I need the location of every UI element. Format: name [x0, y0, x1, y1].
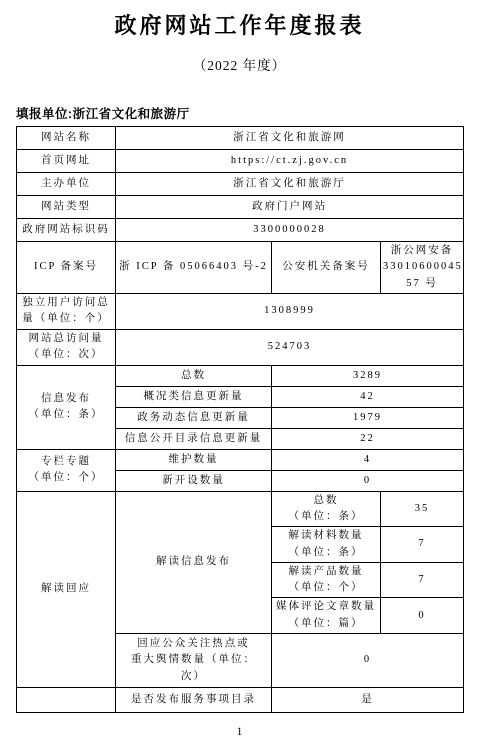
icp-record-label: ICP 备案号	[17, 242, 116, 294]
annual-report-table: 网站名称 浙江省文化和旅游网 首页网址 https://ct.zj.gov.cn…	[16, 126, 464, 713]
page-subtitle: （2022 年度）	[0, 57, 479, 75]
table-row: ICP 备案号 浙 ICP 备 05066403 号-2 公安机关备案号 浙公网…	[17, 242, 464, 294]
report-page: 政府网站工作年度报表 （2022 年度） 填报单位:浙江省文化和旅游厅 网站名称…	[0, 0, 479, 745]
directory-update-value: 22	[272, 428, 464, 449]
page-number: 1	[0, 726, 479, 738]
directory-update-label: 信息公开目录信息更新量	[116, 428, 272, 449]
site-id-code-label: 政府网站标识码	[17, 219, 116, 242]
table-row: 首页网址 https://ct.zj.gov.cn	[17, 150, 464, 173]
table-row: 独立用户访问总 量（单位：个） 1308999	[17, 293, 464, 329]
gov-news-update-label: 政务动态信息更新量	[116, 407, 272, 428]
site-name-label: 网站名称	[17, 127, 116, 150]
interpretation-materials-value: 7	[381, 527, 464, 563]
table-row: 解读回应 解读信息发布 总数 （单位：条） 35	[17, 491, 464, 527]
media-comment-label: 媒体评论文章数量 （单位：篇）	[272, 598, 381, 634]
table-row: 专栏专题 （单位：个） 维护数量 4	[17, 449, 464, 470]
new-count-value: 0	[272, 470, 464, 491]
interpretation-total-label: 总数 （单位：条）	[272, 491, 381, 527]
police-record-label: 公安机关备案号	[272, 242, 381, 294]
table-row: 主办单位 浙江省文化和旅游厅	[17, 173, 464, 196]
site-id-code-value: 3300000028	[116, 219, 464, 242]
media-comment-value: 0	[381, 598, 464, 634]
homepage-url-label: 首页网址	[17, 150, 116, 173]
sponsor-unit-label: 主办单位	[17, 173, 116, 196]
interpretation-materials-label: 解读材料数量 （单位：条）	[272, 527, 381, 563]
special-columns-section-label: 专栏专题 （单位：个）	[17, 449, 116, 491]
interpretation-products-label: 解读产品数量 （单位：个）	[272, 562, 381, 598]
public-response-value: 0	[272, 633, 464, 687]
sponsor-unit-value: 浙江省文化和旅游厅	[116, 173, 464, 196]
homepage-url-value: https://ct.zj.gov.cn	[116, 150, 464, 173]
info-release-section-label: 信息发布 （单位：条）	[17, 365, 116, 449]
new-count-label: 新开设数量	[116, 470, 272, 491]
police-record-value: 浙公网安备 33010600045 57 号	[381, 242, 464, 294]
total-visits-label: 网站总访问量 （单位：次）	[17, 329, 116, 365]
info-release-total-value: 3289	[272, 365, 464, 386]
unique-visitors-label: 独立用户访问总 量（单位：个）	[17, 293, 116, 329]
table-row: 信息发布 （单位：条） 总数 3289	[17, 365, 464, 386]
site-type-value: 政府门户网站	[116, 196, 464, 219]
table-row: 网站名称 浙江省文化和旅游网	[17, 127, 464, 150]
overview-update-label: 概况类信息更新量	[116, 386, 272, 407]
icp-record-value: 浙 ICP 备 05066403 号-2	[116, 242, 272, 294]
interpretation-total-value: 35	[381, 491, 464, 527]
table-row: 政府网站标识码 3300000028	[17, 219, 464, 242]
empty-cell	[17, 687, 116, 712]
service-directory-label: 是否发布服务事项目录	[116, 687, 272, 712]
table-row: 是否发布服务事项目录 是	[17, 687, 464, 712]
total-visits-value: 524703	[116, 329, 464, 365]
site-type-label: 网站类型	[17, 196, 116, 219]
interpretation-products-value: 7	[381, 562, 464, 598]
interpretation-section-label: 解读回应	[17, 491, 116, 687]
maintained-count-value: 4	[272, 449, 464, 470]
info-release-total-label: 总数	[116, 365, 272, 386]
site-name-value: 浙江省文化和旅游网	[116, 127, 464, 150]
public-response-label: 回应公众关注热点或 重大舆情数量（单位： 次）	[116, 633, 272, 687]
table-row: 网站总访问量 （单位：次） 524703	[17, 329, 464, 365]
maintained-count-label: 维护数量	[116, 449, 272, 470]
overview-update-value: 42	[272, 386, 464, 407]
table-row: 网站类型 政府门户网站	[17, 196, 464, 219]
unique-visitors-value: 1308999	[116, 293, 464, 329]
report-unit-label: 填报单位:浙江省文化和旅游厅	[16, 106, 479, 123]
gov-news-update-value: 1979	[272, 407, 464, 428]
interpretation-release-label: 解读信息发布	[116, 491, 272, 633]
page-title: 政府网站工作年度报表	[0, 12, 479, 40]
service-directory-value: 是	[272, 687, 464, 712]
